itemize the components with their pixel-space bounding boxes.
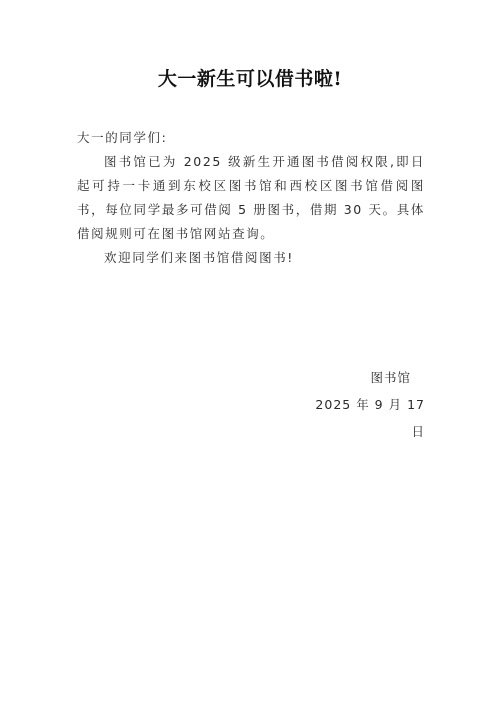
- signature-organization: 图书馆: [300, 364, 425, 391]
- signature-date: 2025 年 9 月 17 日: [300, 391, 425, 445]
- notice-title: 大一新生可以借书啦!: [0, 66, 500, 92]
- signature-block: 图书馆 2025 年 9 月 17 日: [300, 364, 425, 445]
- body-paragraph: 图书馆已为 2025 级新生开通图书借阅权限,即日起可持一卡通到东校区图书馆和西…: [77, 150, 425, 246]
- notice-body: 大一的同学们: 图书馆已为 2025 级新生开通图书借阅权限,即日起可持一卡通到…: [77, 126, 425, 270]
- closing-paragraph: 欢迎同学们来图书馆借阅图书!: [77, 246, 425, 270]
- document-page: 大一新生可以借书啦! 大一的同学们: 图书馆已为 2025 级新生开通图书借阅权…: [0, 0, 500, 707]
- salutation: 大一的同学们:: [77, 126, 425, 150]
